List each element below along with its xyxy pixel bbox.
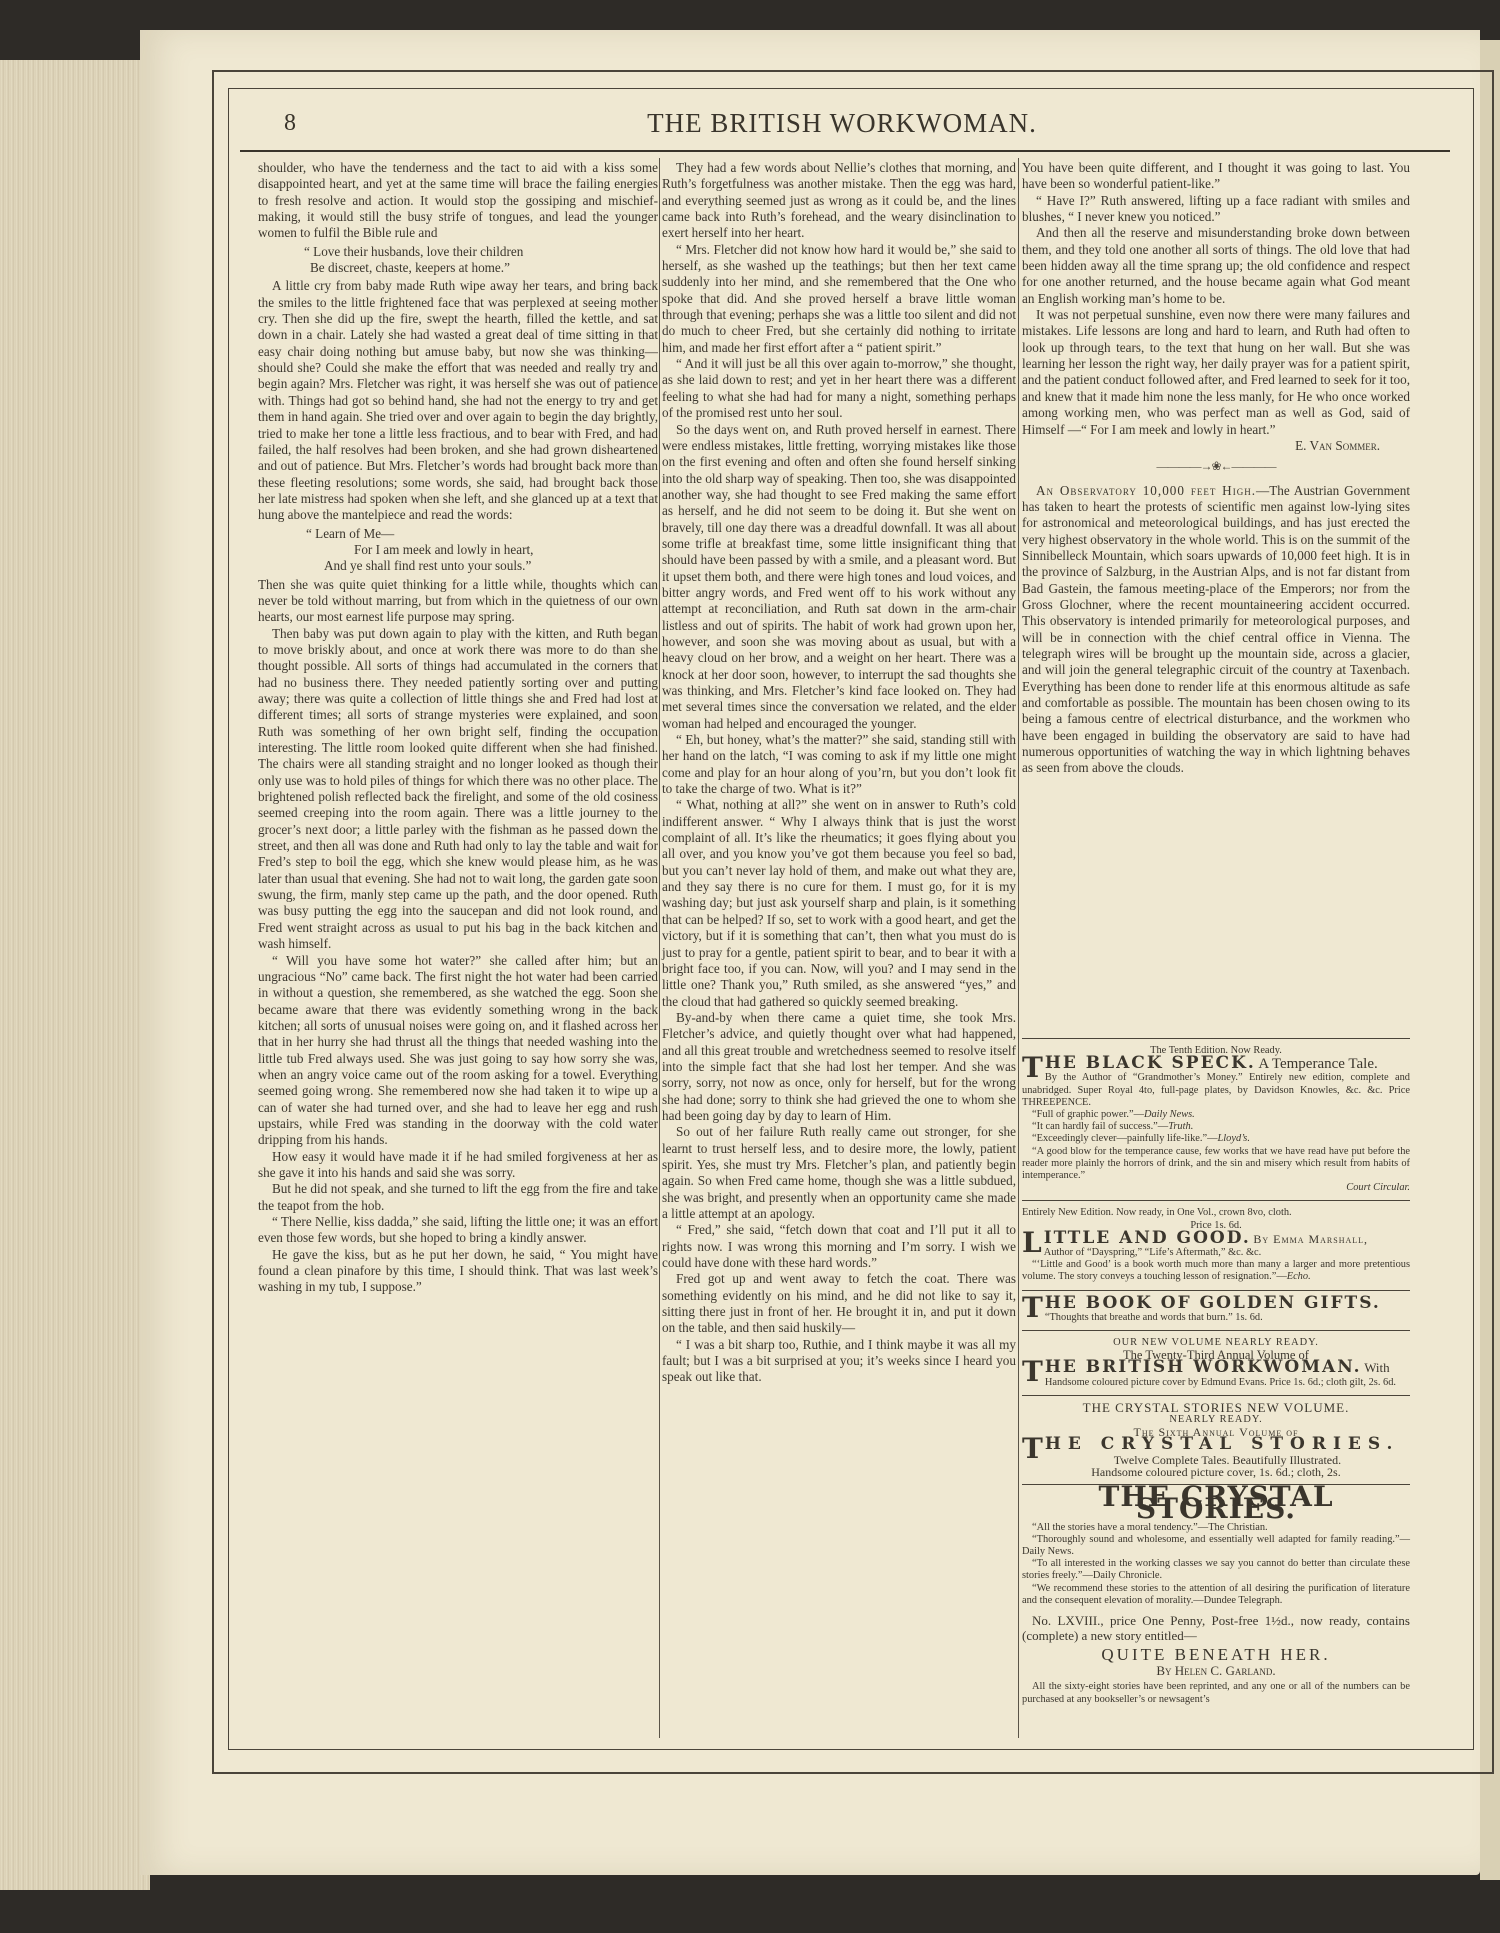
paragraph: shoulder, who have the tenderness and th… (258, 160, 658, 242)
paragraph: “ Eh, but honey, what’s the matter?” she… (662, 732, 1016, 797)
column-divider (659, 158, 660, 1738)
paragraph: They had a few words about Nellie’s clot… (662, 160, 1016, 242)
ornament-divider-icon: ————→❀←———— (1022, 458, 1410, 474)
divider (1022, 1330, 1410, 1331)
ad-author: By Emma Marshall, (1253, 1232, 1368, 1246)
column-divider (1018, 158, 1019, 1738)
ad-crystal-new-volume: THE CRYSTAL STORIES NEW VOLUME. NEARLY R… (1022, 1402, 1410, 1478)
paragraph: You have been quite different, and I tho… (1022, 160, 1410, 193)
review-quote: “‘Little and Good’ is a book worth much … (1022, 1259, 1410, 1282)
ad-line: Handsome coloured picture cover, 1s. 6d.… (1022, 1466, 1410, 1478)
review-source: Daily News. (1144, 1109, 1195, 1120)
ad-subtitle: A Temperance Tale. (1258, 1056, 1377, 1072)
column-1-story: shoulder, who have the tenderness and th… (258, 160, 658, 1296)
review-source: Court Circular. (1022, 1182, 1410, 1194)
masthead: 8 THE BRITISH WORKWOMAN. (262, 108, 1422, 152)
drop-cap: T (1022, 1057, 1043, 1079)
ad-tagline: “Thoughts that breathe and words that bu… (1022, 1312, 1410, 1324)
ad-little-and-good: Entirely New Edition. Now ready, in One … (1022, 1207, 1410, 1283)
drop-cap: T (1022, 1297, 1043, 1319)
paragraph: It was not perpetual sunshine, even now … (1022, 307, 1410, 438)
ad-title: ITTLE AND GOOD. (1044, 1228, 1251, 1248)
paragraph: But he did not speak, and she turned to … (258, 1181, 658, 1214)
divider (1022, 1395, 1410, 1396)
ad-author-credits: Author of “Dayspring,” “Life’s Aftermath… (1022, 1247, 1410, 1259)
paragraph: How easy it would have made it if he had… (258, 1149, 658, 1182)
review-quote: “Full of graphic power.”— (1032, 1109, 1144, 1120)
review-source: Lloyd’s. (1218, 1133, 1250, 1144)
verse-line: For I am meek and lowly in heart, (306, 542, 658, 558)
ad-title: THE CRYSTAL STORIES. (1022, 1491, 1410, 1515)
review-quote: “Thoroughly sound and wholesome, and ess… (1022, 1534, 1410, 1558)
book-page-edges (0, 60, 150, 1890)
paragraph: Then baby was put down again to play wit… (258, 626, 658, 953)
paragraph: Then she was quite quiet thinking for a … (258, 577, 658, 626)
paragraph: “ Will you have some hot water?” she cal… (258, 953, 658, 1149)
drop-cap: L (1022, 1232, 1042, 1254)
drop-cap: T (1022, 1438, 1043, 1460)
ad-body: Handsome coloured picture cover by Edmun… (1022, 1377, 1410, 1389)
ad-crystal-stories: THE CRYSTAL STORIES. “All the stories ha… (1022, 1491, 1410, 1706)
ad-heading: THE CRYSTAL STORIES NEW VOLUME. (1022, 1402, 1410, 1414)
paragraph: “ Mrs. Fletcher did not know how hard it… (662, 242, 1016, 356)
divider (1022, 1290, 1410, 1291)
paragraph: A little cry from baby made Ruth wipe aw… (258, 278, 658, 523)
column-2-story: They had a few words about Nellie’s clot… (662, 160, 1016, 1386)
review-quote: “A good blow for the temperance cause, f… (1022, 1146, 1410, 1183)
paragraph: “ And it will just be all this over agai… (662, 356, 1016, 421)
drop-cap: T (1022, 1361, 1043, 1383)
issue-notice: No. LXVIII., price One Penny, Post-free … (1022, 1613, 1410, 1643)
verse-line: “ Learn of Me— (306, 526, 658, 542)
ad-title: HE BOOK OF GOLDEN GIFTS. (1045, 1293, 1381, 1313)
article-heading: An Observatory 10,000 feet High. (1036, 483, 1256, 498)
author-signature: E. Van Sommer. (1022, 438, 1410, 454)
ad-british-workwoman: OUR NEW VOLUME NEARLY READY. The Twenty-… (1022, 1337, 1410, 1389)
verse-line: And ye shall find rest unto your souls.” (306, 558, 658, 574)
divider (1022, 1038, 1410, 1039)
story-title: QUITE BENEATH HER. (1022, 1649, 1410, 1661)
verse-quote: “ Learn of Me— For I am meek and lowly i… (306, 526, 658, 575)
review-source: Echo. (1287, 1271, 1311, 1282)
review-quote: “All the stories have a moral tendency.”… (1022, 1522, 1410, 1534)
paragraph: And then all the reserve and misundersta… (1022, 225, 1410, 307)
paragraph: Fred got up and went away to fetch the c… (662, 1271, 1016, 1336)
newspaper-title: THE BRITISH WORKWOMAN. (262, 108, 1422, 139)
ad-kicker: Entirely New Edition. Now ready, in One … (1022, 1207, 1410, 1219)
review-quote: “We recommend these stories to the atten… (1022, 1583, 1410, 1607)
paragraph: “ Have I?” Ruth answered, lifting up a f… (1022, 193, 1410, 226)
paragraph: By-and-by when there came a quiet time, … (662, 1010, 1016, 1124)
column-3-story: You have been quite different, and I tho… (1022, 160, 1410, 777)
ad-body: By the Author of “Grandmother’s Money.” … (1022, 1072, 1410, 1109)
ad-title: HE CRYSTAL STORIES. (1045, 1434, 1400, 1454)
verse-line: “ Love their husbands, love their childr… (304, 244, 658, 260)
ad-text: With (1364, 1360, 1389, 1375)
masthead-rule (240, 150, 1450, 152)
ad-golden-gifts: T HE BOOK OF GOLDEN GIFTS. “Thoughts tha… (1022, 1297, 1410, 1324)
paragraph: “ There Nellie, kiss dadda,” she said, l… (258, 1214, 658, 1247)
paragraph: So the days went on, and Ruth proved her… (662, 422, 1016, 733)
paragraph: So out of her failure Ruth really came o… (662, 1124, 1016, 1222)
ad-title: HE BRITISH WORKWOMAN. (1045, 1357, 1362, 1377)
ad-title: HE BLACK SPECK. (1045, 1053, 1256, 1073)
article-body: —The Austrian Government has taken to he… (1022, 483, 1410, 776)
observatory-article: An Observatory 10,000 feet High.—The Aus… (1022, 483, 1410, 777)
story-author: By Helen C. Garland. (1022, 1665, 1410, 1677)
ad-footer: All the sixty-eight stories have been re… (1022, 1681, 1410, 1705)
review-quote: “It can hardly fail of success.”— (1032, 1121, 1168, 1132)
paragraph: “ What, nothing at all?” she went on in … (662, 797, 1016, 1009)
paragraph: “ Fred,” she said, “fetch down that coat… (662, 1222, 1016, 1271)
verse-line: Be discreet, chaste, keepers at home.” (304, 260, 658, 276)
review-quote: “To all interested in the working classe… (1022, 1558, 1410, 1582)
divider (1022, 1200, 1410, 1201)
verse-quote: “ Love their husbands, love their childr… (304, 244, 658, 277)
review-source: Truth. (1168, 1121, 1193, 1132)
review-quote: “Exceedingly clever—painfully life-like.… (1032, 1133, 1218, 1144)
advertisements: The Tenth Edition. Now Ready. T HE BLACK… (1022, 1032, 1410, 1706)
paragraph: He gave the kiss, but as he put her down… (258, 1247, 658, 1296)
ad-black-speck: The Tenth Edition. Now Ready. T HE BLACK… (1022, 1045, 1410, 1194)
paragraph: “ I was a bit sharp too, Ruthie, and I t… (662, 1337, 1016, 1386)
